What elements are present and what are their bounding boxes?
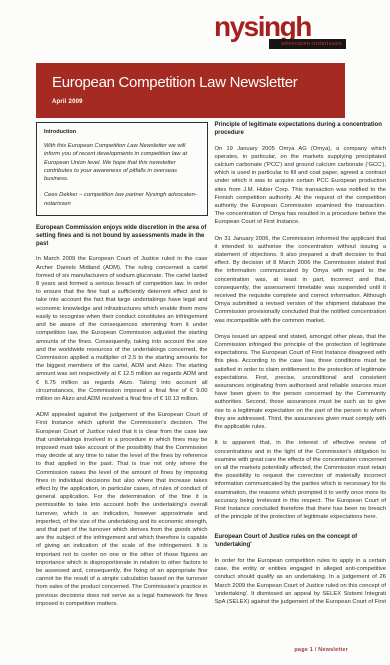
introduction-heading: Introduction [44, 129, 200, 135]
masthead-banner: European Competition Law Newsletter Apri… [36, 63, 345, 118]
brand-tagline: advocaten-notarissen [269, 39, 346, 49]
article-fines-paragraph-1: In March 2009 the European Court of Just… [36, 255, 208, 403]
article-expectations-paragraph-2: On 31 January 2006, the Commission infor… [215, 235, 387, 325]
issue-date: April 2009 [52, 99, 335, 105]
article-undertaking: European Court of Justice rules on the c… [215, 534, 387, 606]
article-fines-paragraph-2: ADM appealed against the judgement of th… [36, 411, 208, 608]
article-expectations-paragraph-4: It is apparent that, in the interest of … [215, 439, 387, 521]
introduction-signature: Cees Dekker – competition law partner Ny… [44, 191, 200, 208]
introduction-box: Introduction With this European Competit… [36, 122, 208, 216]
article-undertaking-heading: European Court of Justice rules on the c… [215, 534, 387, 550]
newsletter-page: nysingh advocaten-notarissen European Co… [0, 0, 390, 665]
right-column: Principle of legitimate expectations dur… [215, 122, 387, 614]
page-footer-label: page 1 / Newsletter [294, 647, 348, 653]
introduction-text: With this European Competition Law Newsl… [44, 142, 200, 183]
article-fines-heading: European Commission enjoys wide discreti… [36, 225, 208, 248]
body-columns: Introduction With this European Competit… [36, 122, 386, 616]
nysingh-logo: nysingh [214, 13, 346, 41]
newsletter-title: European Competition Law Newsletter [52, 74, 335, 91]
article-legitimate-expectations: Principle of legitimate expectations dur… [215, 122, 387, 521]
brand-block: nysingh advocaten-notarissen [214, 13, 346, 51]
article-undertaking-paragraph-1: In order for the European competition ru… [215, 557, 387, 606]
article-expectations-paragraph-3: Omya issued an appeal and stated, amongs… [215, 333, 387, 431]
article-expectations-heading: Principle of legitimate expectations dur… [215, 122, 387, 138]
left-column: Introduction With this European Competit… [36, 122, 208, 616]
article-fines: European Commission enjoys wide discreti… [36, 225, 208, 608]
article-expectations-paragraph-1: On 19 January 2005 Omya AG (Omya), a com… [215, 145, 387, 227]
